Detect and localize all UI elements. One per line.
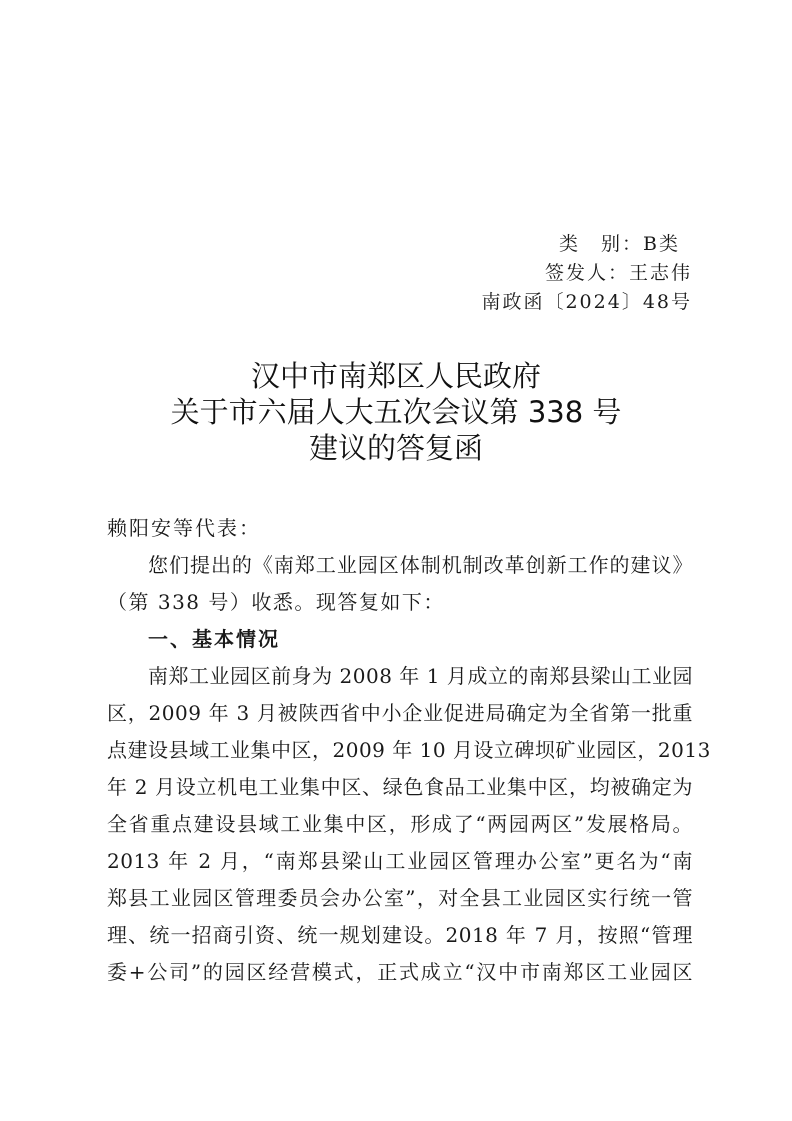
- paragraph-line: 区，2009 年 3 月被陕西省中小企业促进局确定为全省第一批重: [107, 697, 693, 726]
- paragraph-line: 年 2 月设立机电工业集中区、绿色食品工业集中区，均被确定为: [107, 771, 693, 800]
- paragraph-line: 全省重点建设县域工业集中区，形成了“两园两区”发展格局。: [107, 808, 693, 837]
- salutation: 赖阳安等代表：: [107, 512, 693, 541]
- paragraph-line: 理、统一招商引资、统一规划建设。2018 年 7 月，按照“管理: [107, 919, 693, 948]
- category-label: 类 别：B类: [559, 229, 680, 256]
- paragraph-line: 郑县工业园区管理委员会办公室”，对全县工业园区实行统一管: [107, 882, 693, 911]
- signer-label: 签发人：王志伟: [545, 258, 692, 285]
- intro-line-1: 您们提出的《南郑工业园区体制机制改革创新工作的建议》: [107, 549, 693, 578]
- paragraph-line: 南郑工业园区前身为 2008 年 1 月成立的南郑县梁山工业园: [107, 660, 693, 689]
- section-heading-basic-situation: 一、基本情况: [107, 623, 693, 652]
- document-title-line-2: 关于市六届人大五次会议第 338 号: [0, 394, 792, 430]
- intro-line-2: （第 338 号）收悉。现答复如下：: [107, 586, 693, 615]
- document-number: 南政函〔2024〕48号: [481, 287, 692, 314]
- document-title-line-3: 建议的答复函: [0, 430, 792, 466]
- document-title-line-1: 汉中市南郑区人民政府: [0, 358, 792, 394]
- paragraph-line: 点建设县域工业集中区，2009 年 10 月设立碑坝矿业园区，2013: [107, 734, 693, 763]
- paragraph-line: 委+公司”的园区经营模式，正式成立“汉中市南郑区工业园区: [107, 956, 693, 985]
- paragraph-line: 2013 年 2 月，“南郑县梁山工业园区管理办公室”更名为“南: [107, 845, 693, 874]
